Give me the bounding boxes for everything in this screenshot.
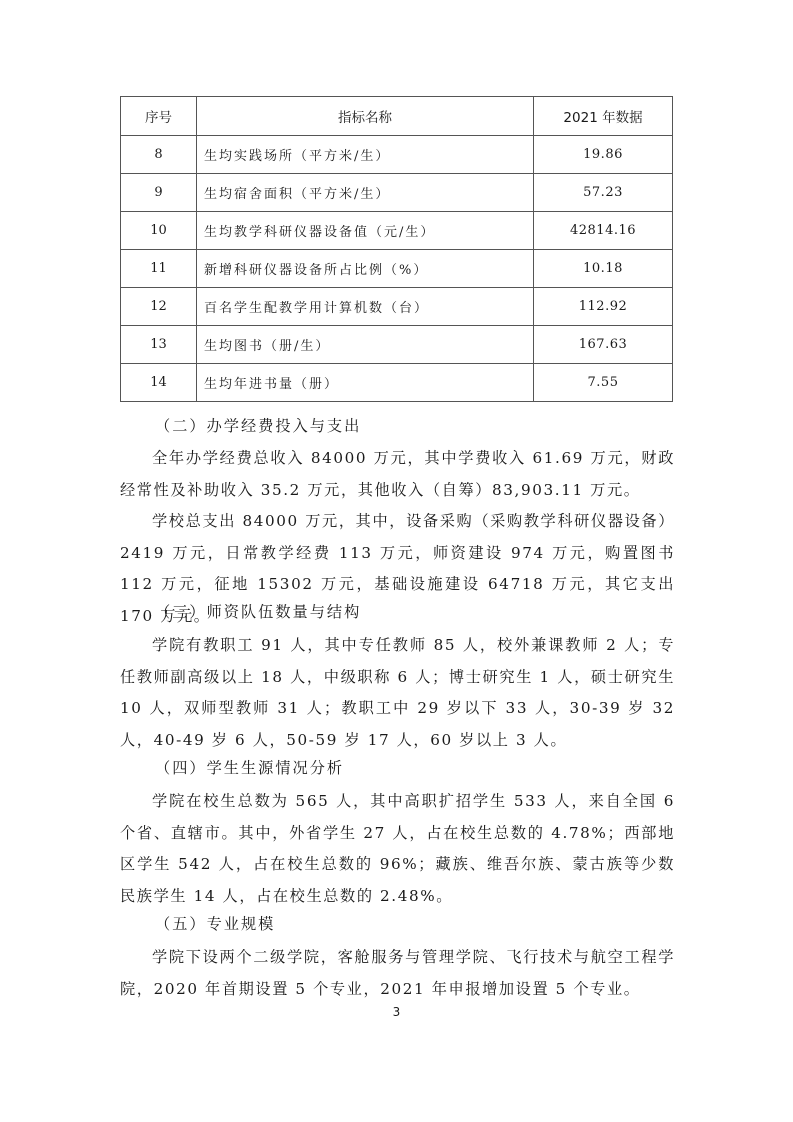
table-row: 8 生均实践场所（平方米/生） 19.86 bbox=[121, 136, 673, 174]
document-page: 序号 指标名称 2021 年数据 8 生均实践场所（平方米/生） 19.86 9… bbox=[0, 0, 793, 1122]
row-no: 10 bbox=[121, 212, 197, 250]
section-heading-faculty: （三）师资队伍数量与结构 bbox=[155, 601, 361, 622]
row-no: 9 bbox=[121, 174, 197, 212]
section-heading-programs: （五）专业规模 bbox=[155, 913, 275, 934]
table-header-row: 序号 指标名称 2021 年数据 bbox=[121, 97, 673, 136]
table-row: 11 新增科研仪器设备所占比例（%） 10.18 bbox=[121, 250, 673, 288]
table-row: 12 百名学生配教学用计算机数（台） 112.92 bbox=[121, 288, 673, 326]
row-no: 14 bbox=[121, 364, 197, 402]
row-no: 13 bbox=[121, 326, 197, 364]
paragraph-programs: 学院下设两个二级学院，客舱服务与管理学院、飞行技术与航空工程学院，2020 年首… bbox=[120, 942, 675, 1005]
row-value: 10.18 bbox=[534, 250, 673, 288]
row-name: 生均图书（册/生） bbox=[197, 326, 534, 364]
section-heading-students: （四）学生生源情况分析 bbox=[155, 757, 344, 778]
indicator-table: 序号 指标名称 2021 年数据 8 生均实践场所（平方米/生） 19.86 9… bbox=[120, 96, 673, 402]
row-value: 19.86 bbox=[534, 136, 673, 174]
section-body-faculty: 学院有教职工 91 人，其中专任教师 85 人，校外兼课教师 2 人；专任教师副… bbox=[120, 630, 675, 756]
row-value: 112.92 bbox=[534, 288, 673, 326]
row-name: 生均年进书量（册） bbox=[197, 364, 534, 402]
paragraph-students: 学院在校生总数为 565 人，其中高职扩招学生 533 人，来自全国 6 个省、… bbox=[120, 786, 675, 912]
header-name: 指标名称 bbox=[197, 97, 534, 136]
table-row: 10 生均教学科研仪器设备值（元/生） 42814.16 bbox=[121, 212, 673, 250]
section-body-students: 学院在校生总数为 565 人，其中高职扩招学生 533 人，来自全国 6 个省、… bbox=[120, 786, 675, 912]
row-no: 11 bbox=[121, 250, 197, 288]
row-name: 新增科研仪器设备所占比例（%） bbox=[197, 250, 534, 288]
row-no: 8 bbox=[121, 136, 197, 174]
row-value: 42814.16 bbox=[534, 212, 673, 250]
row-no: 12 bbox=[121, 288, 197, 326]
paragraph-faculty: 学院有教职工 91 人，其中专任教师 85 人，校外兼课教师 2 人；专任教师副… bbox=[120, 630, 675, 756]
header-no: 序号 bbox=[121, 97, 197, 136]
section-body-programs: 学院下设两个二级学院，客舱服务与管理学院、飞行技术与航空工程学院，2020 年首… bbox=[120, 942, 675, 1005]
row-name: 生均教学科研仪器设备值（元/生） bbox=[197, 212, 534, 250]
row-name: 生均实践场所（平方米/生） bbox=[197, 136, 534, 174]
table-row: 13 生均图书（册/生） 167.63 bbox=[121, 326, 673, 364]
row-name: 百名学生配教学用计算机数（台） bbox=[197, 288, 534, 326]
row-value: 167.63 bbox=[534, 326, 673, 364]
page-number: 3 bbox=[0, 1005, 793, 1019]
table-row: 9 生均宿舍面积（平方米/生） 57.23 bbox=[121, 174, 673, 212]
row-value: 7.55 bbox=[534, 364, 673, 402]
paragraph-income: 全年办学经费总收入 84000 万元，其中学费收入 61.69 万元，财政经常性… bbox=[120, 443, 675, 506]
row-name: 生均宿舍面积（平方米/生） bbox=[197, 174, 534, 212]
section-heading-funding: （二）办学经费投入与支出 bbox=[155, 415, 361, 436]
header-value: 2021 年数据 bbox=[534, 97, 673, 136]
row-value: 57.23 bbox=[534, 174, 673, 212]
table-row: 14 生均年进书量（册） 7.55 bbox=[121, 364, 673, 402]
